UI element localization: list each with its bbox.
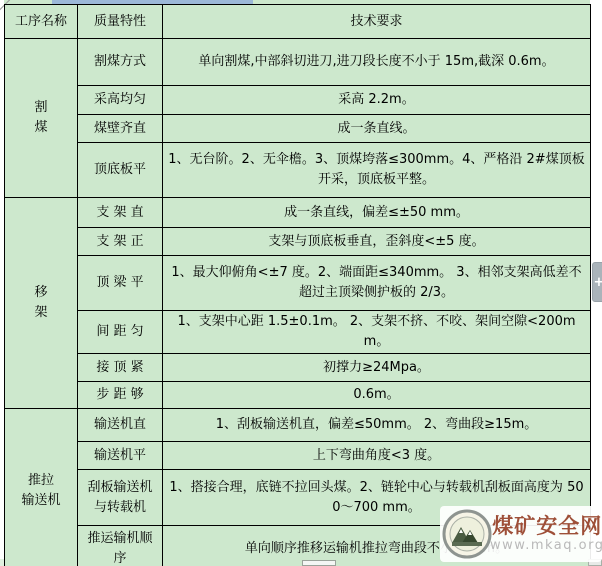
table-row: 移 架 支 架 直 成一条直线，偏差≤±50 mm。 bbox=[5, 198, 591, 228]
table-row: 输送机平 上下弯曲角度<3 度。 bbox=[5, 442, 591, 470]
requirement-cell: 1、最大仰俯角<±7 度。2、端面距≤340mm。 3、相邻支架高低差不超过主顶… bbox=[163, 256, 591, 311]
table-row: 采高均匀 采高 2.2m。 bbox=[5, 86, 591, 115]
requirement-cell: 0.6m。 bbox=[163, 382, 591, 409]
requirement-cell: 1、无台阶。2、无伞檐。3、顶煤垮落≤300mm。4、严格沿 2#煤顶板开采，顶… bbox=[163, 143, 591, 198]
requirement-cell: 1、支架中心距 1.5±0.1m。 2、支架不挤、不咬、架间空隙<200mm。 bbox=[163, 311, 591, 354]
characteristic-cell: 支 架 直 bbox=[78, 198, 163, 228]
requirement-cell: 成一条直线，偏差≤±50 mm。 bbox=[163, 198, 591, 228]
characteristic-cell: 采高均匀 bbox=[78, 86, 163, 115]
table-row: 推拉 输送机 输送机直 1、刮板输送机直，偏差≤50mm。 2、弯曲段≥15m。 bbox=[5, 409, 591, 442]
characteristic-cell: 接 顶 紧 bbox=[78, 354, 163, 382]
characteristic-cell: 步 距 够 bbox=[78, 382, 163, 409]
section-name-moving-supports: 移 架 bbox=[5, 198, 78, 409]
table-row: 间 距 匀 1、支架中心距 1.5±0.1m。 2、支架不挤、不咬、架间空隙<2… bbox=[5, 311, 591, 354]
characteristic-cell: 顶底板平 bbox=[78, 143, 163, 198]
characteristic-cell: 煤壁齐直 bbox=[78, 115, 163, 143]
characteristic-cell: 割煤方式 bbox=[78, 39, 163, 86]
quality-standards-table: 工序名称 质量特性 技术要求 割 煤 割煤方式 单向割煤,中部斜切进刀,进刀段长… bbox=[4, 4, 591, 566]
watermark-site-url: www.mkaq.org bbox=[490, 538, 602, 554]
table-row: 接 顶 紧 初撑力≥24Mpa。 bbox=[5, 354, 591, 382]
table-row: 顶底板平 1、无台阶。2、无伞檐。3、顶煤垮落≤300mm。4、严格沿 2#煤顶… bbox=[5, 143, 591, 198]
characteristic-cell: 推运输机顺 序 bbox=[78, 526, 163, 566]
page: 工序名称 质量特性 技术要求 割 煤 割煤方式 单向割煤,中部斜切进刀,进刀段长… bbox=[0, 0, 602, 566]
table-row: 支 架 正 支架与顶底板垂直，歪斜度<±5 度。 bbox=[5, 228, 591, 256]
mkaq-logo-icon bbox=[442, 509, 492, 559]
table-row: 步 距 够 0.6m。 bbox=[5, 382, 591, 409]
characteristic-cell: 输送机平 bbox=[78, 442, 163, 470]
side-panel-expand-button[interactable]: + bbox=[592, 262, 602, 302]
characteristic-cell: 顶 梁 平 bbox=[78, 256, 163, 311]
header-process-name: 工序名称 bbox=[5, 5, 78, 39]
table-row: 煤壁齐直 成一条直线。 bbox=[5, 115, 591, 143]
header-row: 工序名称 质量特性 技术要求 bbox=[5, 5, 591, 39]
header-technical-requirement: 技术要求 bbox=[163, 5, 591, 39]
plus-icon: + bbox=[594, 275, 602, 290]
characteristic-cell: 间 距 匀 bbox=[78, 311, 163, 354]
horizontal-scrollbar-thumb[interactable] bbox=[302, 560, 336, 566]
requirement-cell: 上下弯曲角度<3 度。 bbox=[163, 442, 591, 470]
table-row: 顶 梁 平 1、最大仰俯角<±7 度。2、端面距≤340mm。 3、相邻支架高低… bbox=[5, 256, 591, 311]
watermark-site-name: 煤矿安全网 bbox=[492, 514, 602, 538]
requirement-cell: 成一条直线。 bbox=[163, 115, 591, 143]
section-name-cutting-coal: 割 煤 bbox=[5, 39, 78, 198]
header-quality-characteristic: 质量特性 bbox=[78, 5, 163, 39]
characteristic-cell: 输送机直 bbox=[78, 409, 163, 442]
characteristic-cell: 支 架 正 bbox=[78, 228, 163, 256]
table-row: 割 煤 割煤方式 单向割煤,中部斜切进刀,进刀段长度不小于 15m,截深 0.6… bbox=[5, 39, 591, 86]
requirement-cell: 1、刮板输送机直，偏差≤50mm。 2、弯曲段≥15m。 bbox=[163, 409, 591, 442]
characteristic-cell: 刮板输送机 与转载机 bbox=[78, 470, 163, 526]
watermark: 煤矿安全网 www.mkaq.org bbox=[440, 506, 602, 562]
watermark-texts: 煤矿安全网 www.mkaq.org bbox=[490, 514, 602, 554]
requirement-cell: 支架与顶底板垂直，歪斜度<±5 度。 bbox=[163, 228, 591, 256]
requirement-cell: 单向割煤,中部斜切进刀,进刀段长度不小于 15m,截深 0.6m。 bbox=[163, 39, 591, 86]
section-name-pushing-conveyor: 推拉 输送机 bbox=[5, 409, 78, 566]
requirement-cell: 采高 2.2m。 bbox=[163, 86, 591, 115]
requirement-cell: 初撑力≥24Mpa。 bbox=[163, 354, 591, 382]
